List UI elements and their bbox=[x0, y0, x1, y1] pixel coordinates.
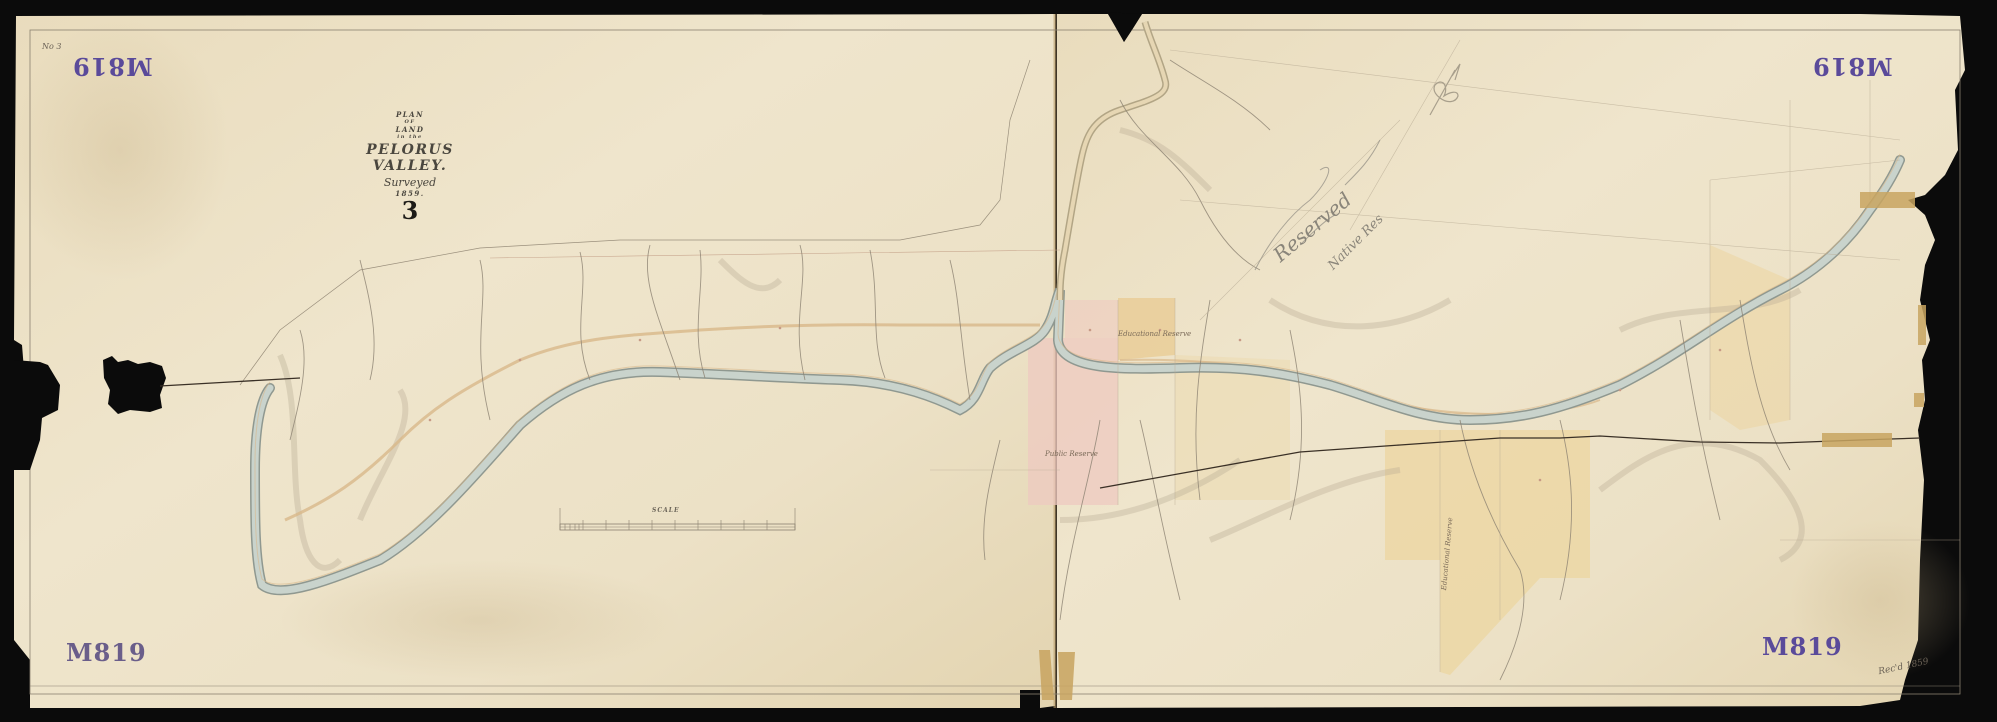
map-sheet: M819 M819 M819 M819 PLAN OF LAND in the … bbox=[0, 0, 1997, 722]
scale-label: SCALE bbox=[652, 507, 680, 514]
title-in-the: in the bbox=[330, 134, 490, 140]
tear-hole bbox=[103, 356, 166, 414]
title-surveyed: Surveyed bbox=[330, 176, 490, 189]
archive-stamp-bottom-left: M819 bbox=[66, 638, 147, 667]
public-reserve-label: Public Reserve bbox=[1045, 450, 1098, 458]
map-title-cartouche: PLAN OF LAND in the PELORUS VALLEY. Surv… bbox=[330, 110, 490, 225]
plot-pink-2 bbox=[1065, 300, 1118, 338]
title-land: LAND bbox=[330, 125, 490, 134]
map-canvas bbox=[0, 0, 1997, 722]
archive-stamp-top-left: M819 bbox=[72, 52, 153, 81]
archive-stamp-top-right: M819 bbox=[1812, 52, 1893, 81]
archive-stamp-bottom-right: M819 bbox=[1762, 632, 1843, 661]
sheet-number: 3 bbox=[330, 196, 490, 225]
title-plan: PLAN bbox=[330, 110, 490, 119]
margin-note: No 3 bbox=[42, 42, 61, 51]
reserve-label-1: Educational Reserve bbox=[1118, 330, 1191, 338]
map-title: PELORUS VALLEY. bbox=[330, 142, 490, 174]
plot-tan-1 bbox=[1118, 298, 1175, 360]
